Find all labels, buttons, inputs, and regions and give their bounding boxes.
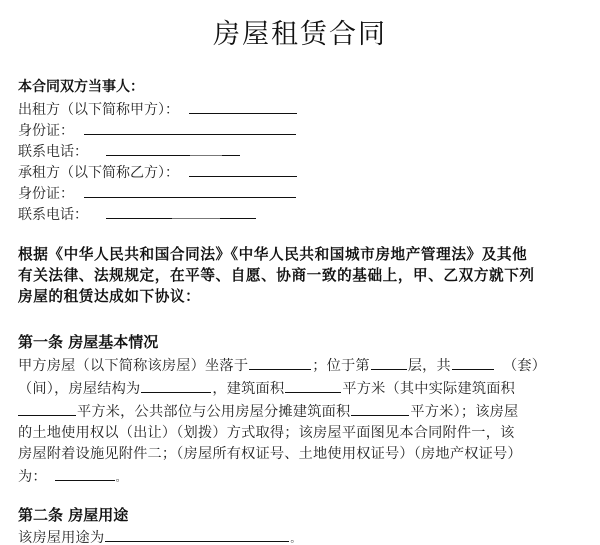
preamble-line-2: 有关法律、法规规定，在平等、自愿、协商一致的基础上，甲、乙双方就下列 — [18, 265, 588, 286]
text: （套） — [503, 358, 546, 374]
text: 。 — [290, 534, 300, 545]
total-units-field[interactable] — [452, 354, 494, 370]
article-1-line-5: 房屋附着设施见附件二；（房屋所有权证号、土地使用权证号）（房地产权证号） — [18, 444, 593, 465]
text: 该房屋用途为 — [18, 530, 104, 545]
usage-field[interactable] — [105, 526, 289, 542]
preamble-line-3: 房屋的租赁达成如下协议： — [18, 286, 588, 307]
article-2-heading: 第二条 房屋用途 — [18, 505, 128, 525]
text: ，建筑面积 — [212, 381, 284, 397]
lessee-phone-row: 联系电话： — [18, 203, 256, 225]
shared-area-field[interactable] — [351, 400, 409, 416]
article-2-body: 该房屋用途为。 — [18, 526, 593, 545]
article-1-line-3: 平方米，公共部位与公用房屋分摊建筑面积平方米）；该房屋 — [18, 400, 593, 423]
text: 为： — [18, 469, 47, 485]
lessor-row: 出租方（以下简称甲方）： — [18, 98, 298, 120]
text: 甲方房屋（以下简称该房屋）坐落于 — [18, 358, 248, 374]
text: 层，共 — [408, 358, 451, 374]
lessor-id-field[interactable] — [84, 119, 296, 135]
text: 。 — [116, 473, 126, 484]
text: ；位于第 — [312, 358, 370, 374]
text: 平方米）；该房屋 — [410, 404, 518, 420]
article-1-body: 甲方房屋（以下简称该房屋）坐落于；位于第层，共（套） （间），房屋结构为，建筑面… — [18, 354, 593, 489]
article-1-line-1: 甲方房屋（以下简称该房屋）坐落于；位于第层，共（套） — [18, 354, 593, 377]
text: （间），房屋结构为 — [18, 381, 140, 397]
lessor-id-label: 身份证： — [18, 123, 74, 139]
lessee-label: 承租方（以下简称乙方）： — [18, 165, 179, 181]
floor-field[interactable] — [371, 354, 407, 370]
lessor-id-row: 身份证： — [18, 119, 297, 141]
lessee-name-field[interactable] — [189, 161, 297, 177]
lessor-phone-row: 联系电话： — [18, 140, 240, 162]
lessee-id-label: 身份证： — [18, 186, 74, 202]
article-2-line-1: 该房屋用途为。 — [18, 526, 593, 545]
article-1-heading: 第一条 房屋基本情况 — [18, 332, 158, 352]
parties-heading: 本合同双方当事人： — [18, 77, 144, 97]
lessee-id-field[interactable] — [84, 182, 296, 198]
structure-field[interactable] — [141, 377, 211, 393]
article-1-line-6: 为：。 — [18, 465, 593, 489]
text: 平方米，公共部位与公用房屋分摊建筑面积 — [77, 404, 350, 420]
preamble-line-1: 根据《中华人民共和国合同法》《中华人民共和国城市房地产管理法》及其他 — [18, 244, 588, 265]
preamble: 根据《中华人民共和国合同法》《中华人民共和国城市房地产管理法》及其他 有关法律、… — [18, 244, 588, 307]
lessor-name-field[interactable] — [189, 98, 297, 114]
location-field[interactable] — [249, 354, 311, 370]
article-1-line-4: 的土地使用权以（出让）（划拨）方式取得；该房屋平面图见本合同附件一，该 — [18, 423, 593, 444]
lessee-row: 承租方（以下简称乙方）： — [18, 161, 298, 183]
lessee-phone-label: 联系电话： — [18, 207, 88, 223]
actual-area-field[interactable] — [18, 400, 76, 416]
lessor-phone-label: 联系电话： — [18, 144, 88, 160]
certificate-number-field[interactable] — [55, 465, 115, 481]
lessor-phone-field[interactable] — [106, 140, 240, 162]
text: 平方米（其中实际建筑面积 — [342, 381, 515, 397]
lessee-phone-field[interactable] — [106, 203, 256, 225]
document-title: 房屋租赁合同 — [0, 12, 600, 51]
lessor-label: 出租方（以下简称甲方）： — [18, 102, 179, 118]
article-1-line-2: （间），房屋结构为，建筑面积平方米（其中实际建筑面积 — [18, 377, 593, 400]
lessee-id-row: 身份证： — [18, 182, 297, 204]
building-area-field[interactable] — [285, 377, 341, 393]
